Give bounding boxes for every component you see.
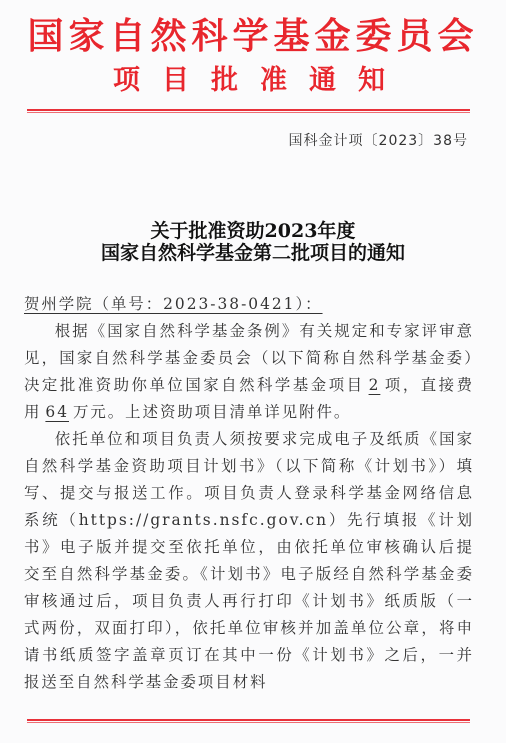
addressee: 贺州学院（单号：2023-38-0421）：	[24, 291, 474, 318]
footer-divider	[27, 719, 470, 724]
direct-cost: 64	[41, 403, 73, 421]
header-divider	[27, 109, 470, 114]
document-number: 国科金计项〔2023〕38号	[289, 130, 468, 150]
doc-type-header: 项目批准通知	[0, 64, 506, 98]
para1-after: 万元。上述资助项目清单详见附件。	[73, 403, 351, 421]
notice-body: 贺州学院（单号：2023-38-0421）： 根据《国家自然科学基金条例》有关规…	[24, 291, 474, 696]
notice-title-line2: 国家自然科学基金第二批项目的通知	[0, 242, 506, 264]
notice-title: 关于批准资助2023年度 国家自然科学基金第二批项目的通知	[0, 220, 506, 264]
paragraph-approval: 根据《国家自然科学基金条例》有关规定和专家评审意见，国家自然科学基金委员会（以下…	[24, 318, 474, 426]
paragraph-requirements: 依托单位和项目负责人须按要求完成电子及纸质《国家自然科学基金资助项目计划书》（以…	[24, 426, 474, 696]
notice-title-line1: 关于批准资助2023年度	[0, 220, 506, 242]
project-count: 2	[365, 376, 385, 394]
org-name-header: 国家自然科学基金委员会	[0, 14, 506, 58]
